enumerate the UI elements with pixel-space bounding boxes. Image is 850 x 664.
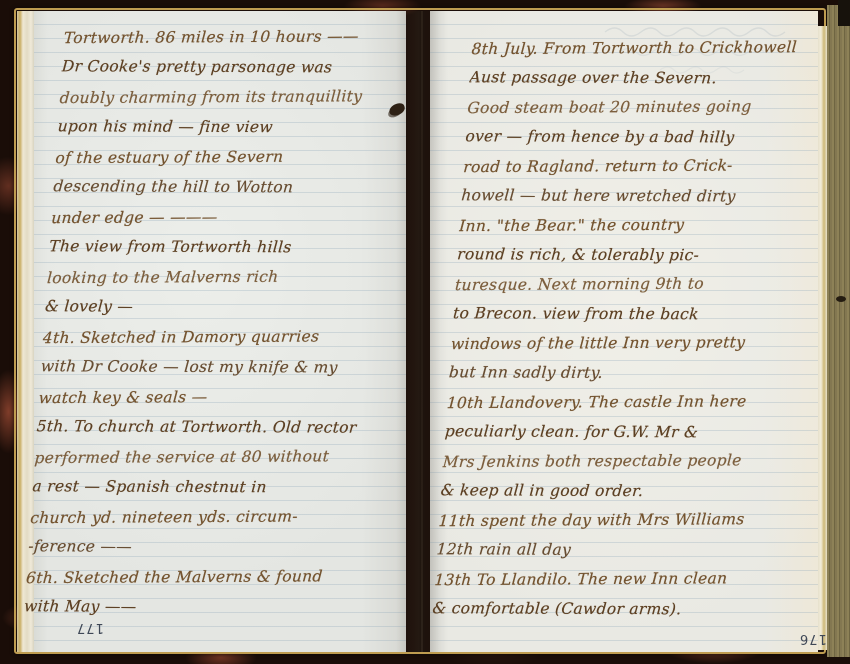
left-page-handwriting: Tortworth. 86 miles in 10 hours —— Dr Co… (23, 22, 429, 622)
handwriting-line: with Dr Cooke — lost my knife & my (40, 351, 406, 383)
handwriting-line: howell — but here wretched dirty (460, 181, 832, 212)
handwriting-line: windows of the little Inn very pretty (450, 328, 822, 360)
handwriting-line: Mrs Jenkins both respectable people (442, 446, 814, 478)
handwriting-line: upon his mind — fine view (57, 111, 423, 143)
notebook-photo: Tortworth. 86 miles in 10 hours —— Dr Co… (0, 0, 850, 664)
handwriting-line: 8th July. From Tortworth to Crickhowell (471, 33, 843, 65)
handwriting-line: of the estuary of the Severn (55, 141, 421, 173)
handwriting-line: performed the service at 80 without (34, 441, 400, 473)
right-page-handwriting: 8th July. From Tortworth to Crickhowell … (431, 34, 842, 624)
handwriting-line: turesque. Next morning 9th to (454, 269, 826, 301)
handwriting-line: 11th spent the day with Mrs Williams (438, 505, 810, 537)
fore-edge-notch (836, 296, 846, 302)
handwriting-line: Tortworth. 86 miles in 10 hours —— (63, 21, 429, 53)
handwriting-line: watch key & seals — (38, 381, 404, 413)
handwriting-line: with May —— (23, 591, 389, 623)
handwriting-line: to Brecon. view from the back (452, 299, 824, 330)
fore-edge-corner-shadow (838, 0, 850, 26)
handwriting-line: 10th Llandovery. The castle Inn here (446, 387, 818, 419)
handwriting-line: & comfortable (Cawdor arms). (431, 594, 803, 625)
handwriting-line: road to Ragland. return to Crick- (462, 151, 834, 183)
handwriting-line: peculiarly clean. for G.W. Mr & (444, 417, 816, 448)
handwriting-line: Aust passage over the Severn. (468, 63, 840, 94)
handwriting-line: 5th. To church at Tortworth. Old rector (36, 411, 402, 443)
handwriting-line: 13th To Llandilo. The new Inn clean (433, 564, 805, 596)
handwriting-line: -ference —— (27, 531, 393, 563)
page-number-right: 176 (799, 631, 827, 646)
handwriting-line: The view from Tortworth hills (48, 231, 414, 263)
handwriting-line: under edge — ——— (50, 201, 416, 233)
handwriting-line: & keep all in good order. (440, 476, 812, 507)
handwriting-line: looking to the Malverns rich (46, 261, 412, 293)
handwriting-line: over — from hence by a bad hilly (464, 122, 836, 153)
handwriting-line: 6th. Sketched the Malverns & found (25, 561, 391, 593)
handwriting-line: descending the hill to Wotton (52, 171, 418, 203)
handwriting-line: doubly charming from its tranquillity (59, 81, 425, 113)
handwriting-line: 12th rain all day (435, 535, 807, 566)
page-number-left: 177 (76, 620, 104, 635)
handwriting-line: Good steam boat 20 minutes going (466, 92, 838, 124)
handwriting-line: a rest — Spanish chestnut in (31, 471, 397, 503)
handwriting-line: but Inn sadly dirty. (448, 358, 820, 389)
handwriting-line: church yd. nineteen yds. circum- (29, 501, 395, 533)
handwriting-line: & lovely — (44, 291, 410, 323)
handwriting-line: Inn. "the Bear." the country (458, 210, 830, 242)
handwriting-line: 4th. Sketched in Damory quarries (42, 321, 408, 353)
handwriting-line: Dr Cooke's pretty parsonage was (61, 51, 427, 83)
handwriting-line: round is rich, & tolerably pic- (456, 240, 828, 271)
